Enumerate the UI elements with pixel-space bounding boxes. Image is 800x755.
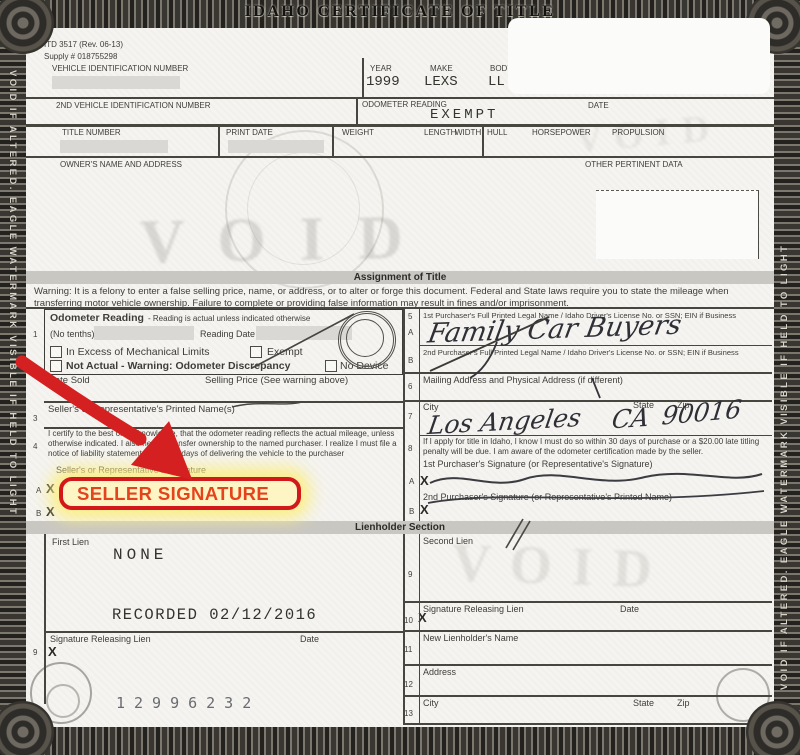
notary-seal-stamp: [346, 319, 384, 357]
lienholder-section-header: Lienholder Section: [26, 521, 774, 534]
lien-address-label: Address: [423, 667, 456, 677]
row-number: 4: [33, 442, 37, 451]
divider-line: [44, 427, 403, 429]
row-number: 5: [408, 312, 412, 321]
row-letter: A: [36, 486, 41, 495]
divider-line: [482, 126, 484, 156]
lien-city-label: City: [423, 698, 439, 708]
other-pertinent-label: OTHER PERTINENT DATA: [585, 160, 683, 169]
date-sold-label: Date Sold: [48, 375, 90, 386]
divider-line: [44, 401, 403, 403]
new-lienholder-label: New Lienholder's Name: [423, 633, 518, 643]
seller-signature-field-highlight[interactable]: SELLER SIGNATURE: [59, 477, 301, 510]
lien-box-edge: [44, 534, 46, 704]
signature-releasing-lien-label-2: Signature Releasing Lien: [423, 604, 524, 614]
signature-x-mark: X: [46, 481, 55, 496]
row-number: 12: [404, 680, 413, 689]
divider-line: [403, 372, 772, 374]
signature-x-mark: X: [46, 504, 55, 519]
divider-line: [218, 126, 220, 156]
signature-x-mark: X: [420, 502, 429, 517]
row-number: 9: [408, 570, 412, 579]
row-letter: B: [408, 356, 413, 365]
make-label: MAKE: [430, 64, 453, 73]
year-value: 1999: [366, 74, 400, 90]
divider-line: [403, 601, 772, 603]
date-label: Date: [300, 634, 319, 644]
assignment-section-header: Assignment of Title: [26, 271, 774, 284]
title-apply-notice: If I apply for title in Idaho, I know I …: [423, 437, 769, 457]
eagle-seal-watermark: [247, 152, 360, 265]
print-date-redacted: [228, 140, 324, 153]
certificate-of-title-scan: IDAHO CERTIFICATE OF TITLE VOID IF ALTER…: [0, 0, 800, 755]
title-number-redacted: [60, 140, 168, 153]
width-label: WIDTH: [455, 128, 481, 137]
row-letter: B: [36, 509, 41, 518]
purchaser2-signature-label: 2nd Purchaser's Signature (or Representa…: [423, 492, 672, 502]
seller-certification-text: I certify to the best of my knowledge, t…: [48, 429, 400, 458]
weight-label: WEIGHT: [342, 128, 374, 137]
gutter-divider: [419, 307, 420, 723]
seller-signature-label: Seller's or Representative's Signature: [56, 465, 206, 475]
column-divider: [403, 307, 405, 723]
row-number: 13: [404, 709, 413, 718]
row-number: 1: [33, 330, 37, 339]
divider-line: [403, 664, 772, 666]
divider-line: [26, 124, 774, 127]
bottom-left-flourish: [46, 684, 80, 718]
mailing-address-label: Mailing Address and Physical Address (if…: [423, 375, 623, 385]
other-data-whiteout: [596, 190, 759, 259]
make-value: LEXS: [424, 74, 458, 90]
signature-releasing-lien-label: Signature Releasing Lien: [50, 634, 151, 644]
row-number: 6: [408, 382, 412, 391]
divider-line: [356, 97, 358, 124]
divider-line: [26, 156, 774, 158]
divider-line: [362, 58, 364, 97]
print-date-label: PRINT DATE: [226, 128, 273, 137]
owner-label: OWNER'S NAME AND ADDRESS: [60, 160, 182, 169]
row-letter: B: [409, 507, 414, 516]
seller-printed-name-label: Seller's or Representative's Printed Nam…: [48, 404, 235, 415]
hull-label: HULL: [487, 128, 507, 137]
signature-x-mark: X: [48, 644, 57, 659]
vin-label: VEHICLE IDENTIFICATION NUMBER: [52, 64, 188, 73]
first-lien-value: NONE: [113, 546, 167, 564]
lien-recorded-value: RECORDED 02/12/2016: [112, 606, 317, 624]
purchaser2-name-label: 2nd Purchaser's Full Printed Legal Name …: [423, 348, 739, 357]
vin-redacted-field: [52, 76, 180, 89]
row-letter: A: [409, 477, 414, 486]
supply-number: Supply # 018755298: [44, 52, 117, 61]
row-number: 9: [33, 648, 37, 657]
title-number-label: TITLE NUMBER: [62, 128, 121, 137]
form-number: ITD 3517 (Rev. 06-13): [44, 40, 123, 49]
year-label: YEAR: [370, 64, 392, 73]
divider-line: [403, 630, 772, 632]
divider-line: [403, 695, 772, 697]
divider-line: [26, 97, 774, 99]
state-handwriting: CA: [610, 403, 651, 435]
divider-line: [44, 631, 403, 633]
first-lien-label: First Lien: [52, 537, 89, 547]
date-label: DATE: [588, 101, 609, 110]
body-value: LL: [488, 74, 505, 90]
void-watermark: VOID: [451, 531, 673, 601]
signature-x-mark: X: [420, 473, 429, 488]
date-label: Date: [620, 604, 639, 614]
left-edge-security-text: VOID IF ALTERED. EAGLE WATERMARK VISIBLE…: [7, 70, 18, 690]
lien-zip-label: Zip: [677, 698, 690, 708]
vin2-label: 2ND VEHICLE IDENTIFICATION NUMBER: [56, 101, 211, 110]
control-number: 12996232: [116, 694, 260, 712]
divider-line: [403, 723, 772, 725]
odometer-reading-value: EXEMPT: [430, 107, 498, 123]
row-letter: A: [408, 328, 413, 337]
divider-line: [332, 126, 334, 156]
selling-price-label: Selling Price (See warning above): [205, 375, 348, 386]
lien-state-label: State: [633, 698, 654, 708]
right-edge-security-text: VOID IF ALTERED. EAGLE WATERMARK VISIBLE…: [779, 70, 790, 690]
border-bottom: [0, 727, 800, 755]
redaction-whiteout: [508, 18, 770, 94]
border-corner-flourish: [746, 701, 800, 755]
assignment-warning-text: Warning: It is a felony to enter a false…: [34, 286, 768, 309]
row-number: 7: [408, 412, 412, 421]
row-number: 10: [404, 616, 413, 625]
row-number: 3: [33, 414, 37, 423]
purchaser1-signature-label: 1st Purchaser's Signature (or Representa…: [423, 459, 653, 469]
row-number: 11: [404, 645, 412, 654]
row-number: 8: [408, 444, 412, 453]
length-label: LENGTH: [424, 128, 456, 137]
